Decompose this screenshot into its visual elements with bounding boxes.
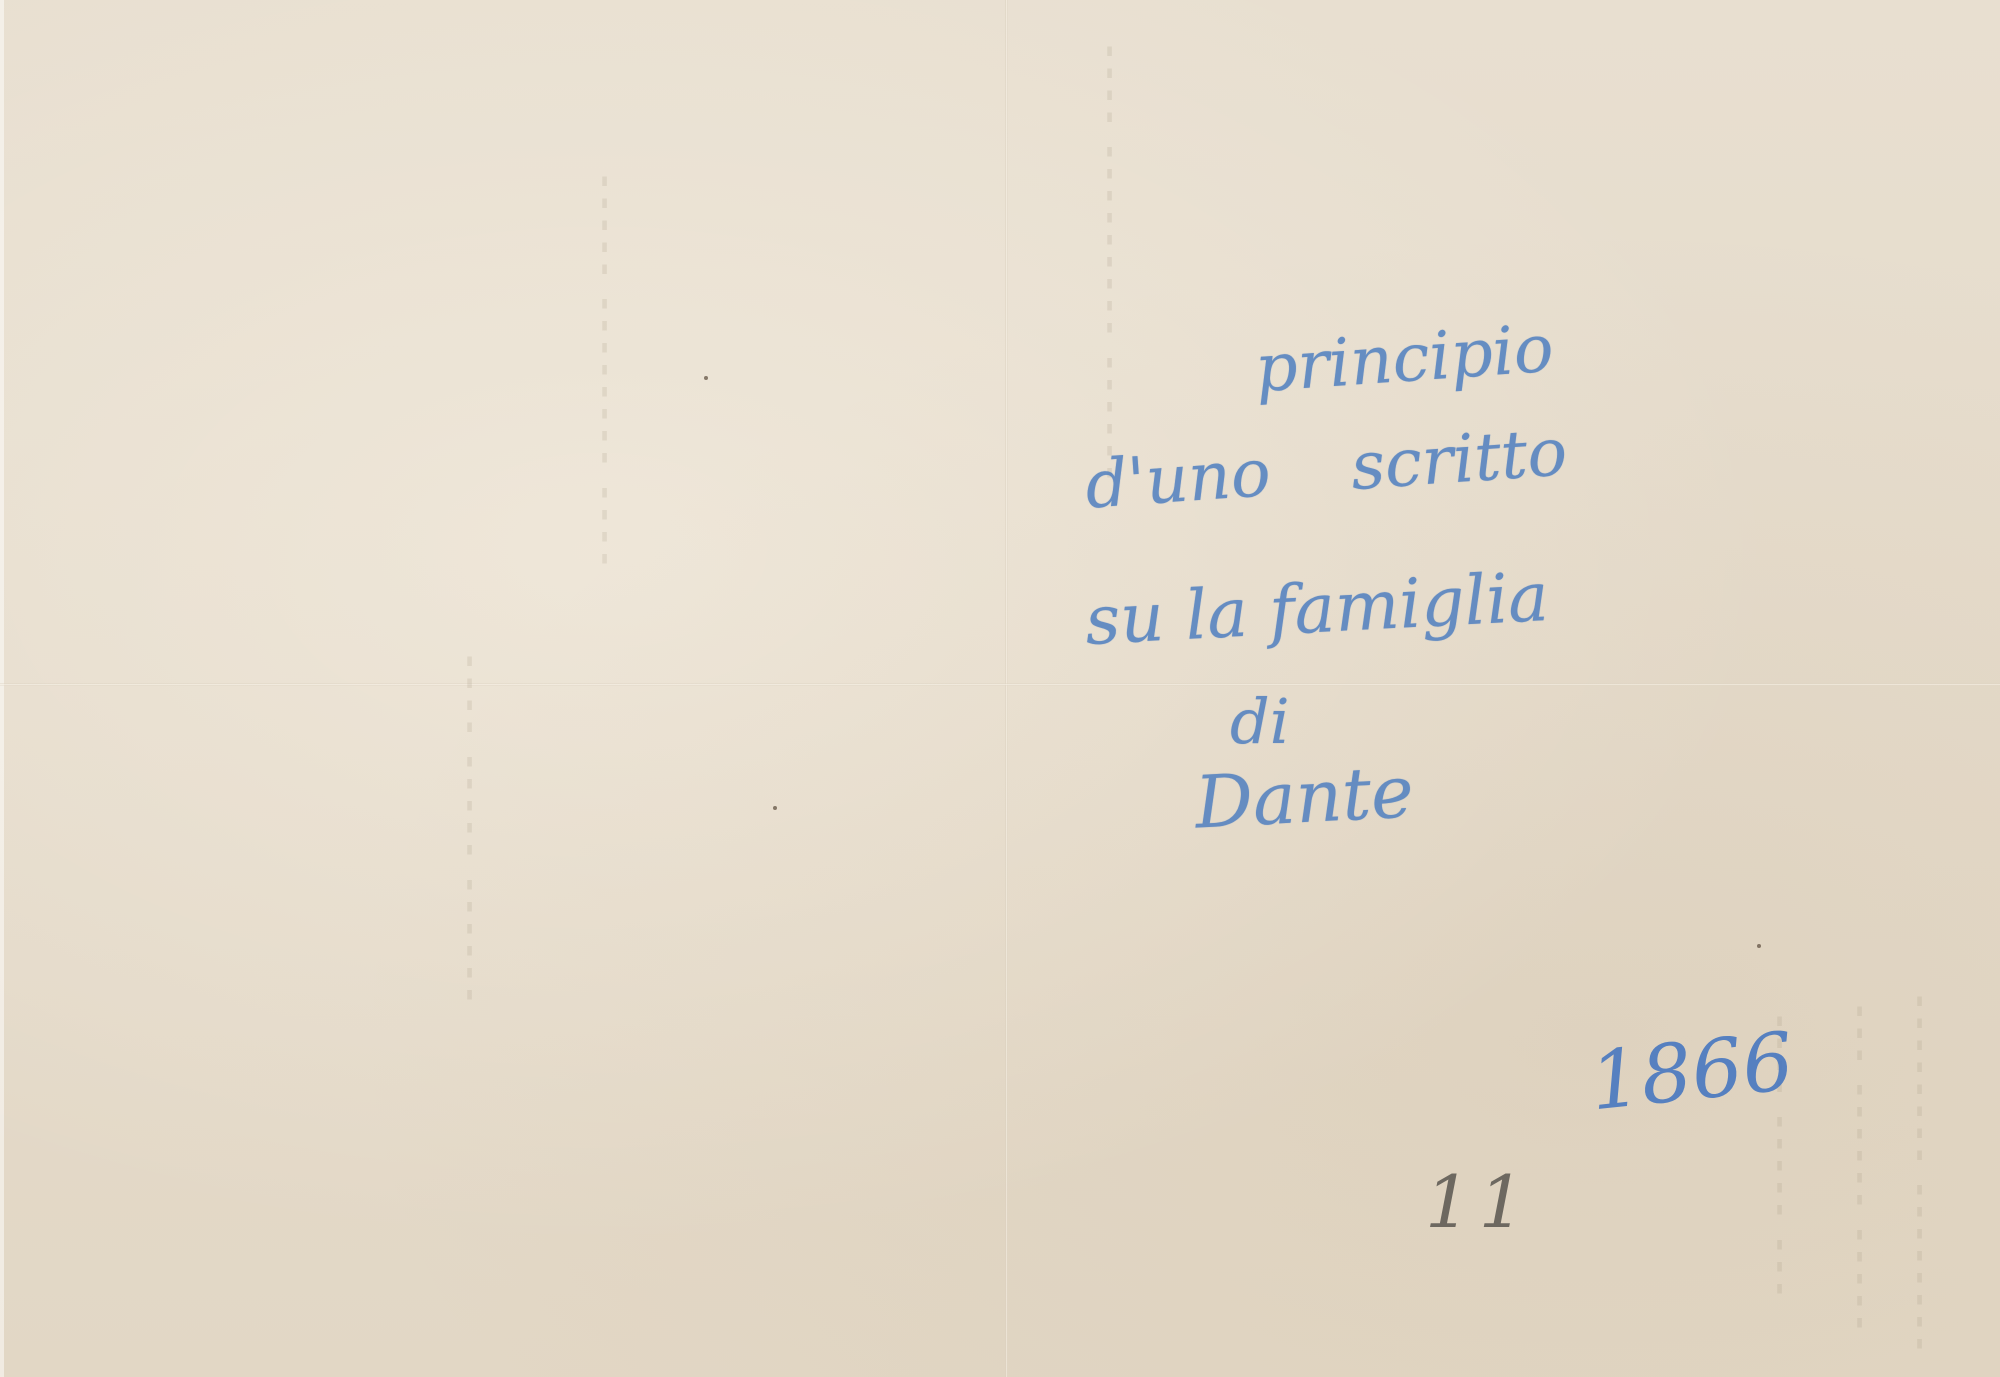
horizontal-fold-line — [0, 683, 2000, 686]
paper-speck — [704, 376, 708, 380]
bleed-through-text: ▮▮▮▮▮▮ ▮▮▮▮▮ ▮▮▮▮ — [460, 650, 479, 1005]
paper-speck — [773, 806, 777, 810]
bleed-through-text: ▮▮▮▮▮▮ ▮▮▮▮▮▮▮▮▮ ▮▮▮▮ — [1100, 40, 1119, 483]
bleed-through-text: ▮▮▮▮ ▮▮▮▮▮▮▮▮ ▮▮▮▮▮ — [595, 170, 614, 569]
year-annotation: 1866 — [1586, 1015, 1798, 1129]
inscription-line-3: su la famiglia — [1083, 558, 1550, 661]
inscription-line-1: principio — [1253, 310, 1556, 408]
bleed-through-text: ▮▮▮▮▮▮▮▮ ▮▮▮▮▮▮▮▮ — [1910, 990, 1929, 1355]
inscription-line-5: Dante — [1193, 749, 1416, 844]
vertical-fold-line — [1005, 0, 1008, 1377]
page-edge — [0, 0, 4, 1377]
bleed-through-text: ▮▮▮▮▮ ▮▮▮▮▮▮ ▮▮▮ — [1850, 1000, 1869, 1333]
document-sheet: ▮▮▮▮▮▮▮▮ ▮▮▮▮▮▮▮▮ ▮▮▮▮▮ ▮▮▮▮▮▮ ▮▮▮ ▮▮▮ ▮… — [0, 0, 2000, 1377]
folio-number: 11 — [1425, 1160, 1533, 1244]
inscription-line-2: d'uno scritto — [1083, 413, 1570, 523]
inscription-line-4: di — [1230, 685, 1290, 758]
paper-speck — [1757, 944, 1761, 948]
